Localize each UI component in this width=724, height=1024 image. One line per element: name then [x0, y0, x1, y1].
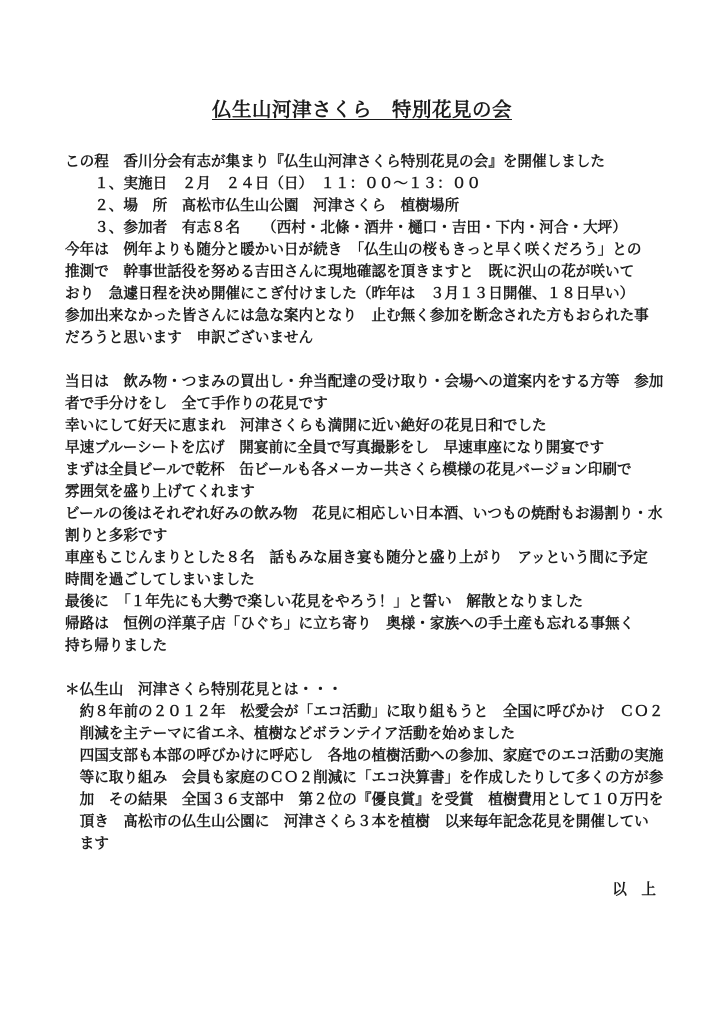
document-line: 帰路は 恒例の洋菓子店「ひぐち」に立ち寄り 奥様・家族への手土産も忘れる事無く — [65, 613, 665, 635]
document-line: 四国支部も本部の呼びかけに呼応し 各地の植樹活動への参加、家庭でのエコ活動の実施 — [65, 745, 665, 767]
document-line: だろうと思います 申訳ございません — [65, 327, 665, 349]
document-line: 加 その結果 全国３６支部中 第２位の『優良賞』を受賞 植樹費用として１０万円を — [65, 789, 665, 811]
document-line: 持ち帰りました — [65, 635, 665, 657]
document-line: 削減を主テーマに省エネ、植樹などボランテイア活動を始めました — [65, 723, 665, 745]
document-line: 参加出来なかった皆さんには急な案内となり 止む無く参加を断念された方もおられた事 — [65, 305, 665, 327]
document-line: おり 急遽日程を決め開催にこぎ付けました（昨年は ３月１３日開催、１８日早い） — [65, 283, 665, 305]
document-line: ＊仏生山 河津さくら特別花見とは・・・ — [65, 679, 665, 701]
document-line — [65, 349, 665, 371]
document-line: まずは全員ビールで乾杯 缶ビールも各メーカー共さくら模様の花見バージョン印刷で — [65, 459, 665, 481]
document-line: ます — [65, 833, 665, 855]
document-line: 約８年前の２０１２年 松愛会が「エコ活動」に取り組もうと 全国に呼びかけ ＣＯ２ — [65, 701, 665, 723]
document-line: 車座もこじんまりとした８名 話もみな届き宴も随分と盛り上がり アッという間に予定 — [65, 547, 665, 569]
document-line: 早速ブルーシートを広げ 開宴前に全員で写真撮影をし 早速車座になり開宴です — [65, 437, 665, 459]
document-line: ３、参加者 有志８名 （西村・北條・酒井・樋口・吉田・下内・河合・大坪） — [65, 217, 665, 239]
document-line: 時間を過ごしてしまいました — [65, 569, 665, 591]
document-line: この程 香川分会有志が集まり『仏生山河津さくら特別花見の会』を開催しました — [65, 151, 665, 173]
document-line: １、実施日 ２月 ２４日（日） １１：００～１３：００ — [65, 173, 665, 195]
document-line: 等に取り組み 会員も家庭のＣＯ２削減に「エコ決算書」を作成したりして多くの方が参 — [65, 767, 665, 789]
document-line: 雰囲気を盛り上げてくれます — [65, 481, 665, 503]
document-line: ビールの後はそれぞれ好みの飲み物 花見に相応しい日本酒、いつもの焼酎もお湯割り・… — [65, 503, 665, 525]
document-line: 割りと多彩です — [65, 525, 665, 547]
document-line: 者で手分けをし 全て手作りの花見です — [65, 393, 665, 415]
document-title: 仏生山河津さくら 特別花見の会 — [0, 97, 724, 124]
document-page: 仏生山河津さくら 特別花見の会 この程 香川分会有志が集まり『仏生山河津さくら特… — [0, 0, 724, 1024]
document-line: 幸いにして好天に恵まれ 河津さくらも満開に近い絶好の花見日和でした — [65, 415, 665, 437]
document-line — [65, 657, 665, 679]
document-line: 頂き 髙松市の仏生山公園に 河津さくら３本を植樹 以来毎年記念花見を開催してい — [65, 811, 665, 833]
document-line: 推測で 幹事世話役を努める吉田さんに現地確認を頂きますと 既に沢山の花が咲いて — [65, 261, 665, 283]
document-line: ２、場 所 髙松市仏生山公園 河津さくら 植樹場所 — [65, 195, 665, 217]
document-line: 当日は 飲み物・つまみの買出し・弁当配達の受け取り・会場への道案内をする方等 参… — [65, 371, 665, 393]
closing-text: 以 上 — [65, 879, 665, 901]
document-line: 今年は 例年よりも随分と暖かい日が続き 「仏生山の桜もきっと早く咲くだろう」との — [65, 239, 665, 261]
document-body: この程 香川分会有志が集まり『仏生山河津さくら特別花見の会』を開催しました １、… — [65, 151, 665, 855]
document-line: 最後に 「１年先にも大勢で楽しい花見をやろう！」と誓い 解散となりました — [65, 591, 665, 613]
